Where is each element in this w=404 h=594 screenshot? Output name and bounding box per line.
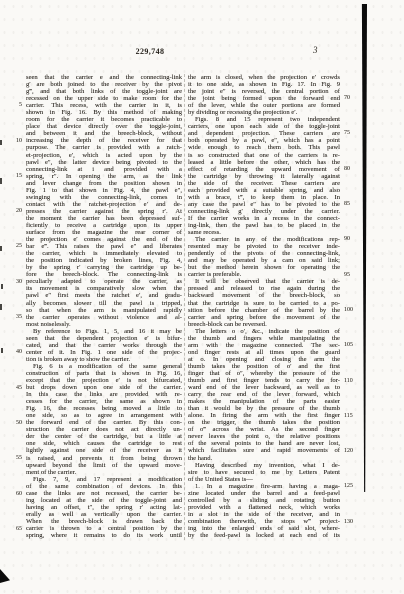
- line-number: 35: [6, 314, 22, 321]
- text-line: with a brace, t‴, to keep them in place.…: [188, 194, 340, 201]
- text-line: thumb takes the position of o′ and the f…: [188, 363, 340, 370]
- text-line: each provided with a suitable spring, an…: [188, 187, 340, 194]
- text-line: lightly against one side of the receiver…: [26, 447, 182, 454]
- patent-page: 229,748 3 5101520253035404550556065 seen…: [0, 0, 404, 594]
- text-line: by the spring r′ carrying the cartridge …: [26, 264, 182, 271]
- text-line: is so constructed that one of the carrie…: [188, 152, 340, 159]
- text-line: surface from the magazine the rear corne…: [26, 229, 182, 236]
- line-number: 75: [344, 130, 360, 137]
- left-margin-line-numbers: 5101520253035404550556065: [6, 74, 22, 544]
- line-number: 90: [344, 236, 360, 243]
- text-line: carrier is thrown to a central position …: [26, 525, 182, 532]
- text-line: by the feed-pawl is locked at each end o…: [188, 532, 340, 539]
- text-line: thumb and first finger tends to carry th…: [188, 377, 340, 384]
- text-line: provided with a flattened neck, which wo…: [188, 504, 340, 511]
- text-line: seen that the dependent projection e′ is…: [26, 335, 182, 342]
- text-line: carrier is preferable.: [188, 271, 340, 278]
- text-line: increasing the depth of the receiver for…: [26, 137, 182, 144]
- text-column-right: the arm is closed, when the projection e…: [188, 74, 340, 539]
- text-line: any case the pawl e″ has to be pivoted t…: [188, 201, 340, 208]
- line-number: 25: [6, 243, 22, 250]
- text-line: the position indicated by broken lines, …: [26, 257, 182, 264]
- line-number: 115: [344, 413, 360, 420]
- text-line: and may be operated by a cam on said lin…: [188, 257, 340, 264]
- page-number: 3: [313, 45, 318, 55]
- text-line: recessed on the upper side to make room …: [26, 95, 182, 102]
- text-line: shown in Fig. 16. By this method of maki…: [26, 109, 182, 116]
- text-line: connecting-link at i and provided with a: [26, 166, 182, 173]
- line-number: 15: [6, 173, 22, 180]
- scan-artifact-corner-wedge: [0, 569, 10, 583]
- text-line: arm with the magazine connected. The sec…: [188, 342, 340, 349]
- scan-speck: [1, 348, 3, 353]
- text-line: ward end of the lever backward, as well …: [188, 384, 340, 391]
- text-line: of the United States is—: [188, 476, 340, 483]
- line-number: 45: [6, 385, 22, 392]
- text-line: sire to have secured to me by Letters Pa…: [188, 469, 340, 476]
- line-number: 50: [6, 420, 22, 427]
- line-number: 125: [344, 483, 360, 490]
- text-line: der the center of the cartridge, but a l…: [26, 433, 182, 440]
- text-line: than it would be by the pressure of the …: [188, 405, 340, 412]
- text-line: in a slot in the side of the receiver, a…: [188, 511, 340, 518]
- text-line: fore the breech-block. The connecting-li…: [26, 271, 182, 278]
- line-number: 120: [344, 448, 360, 455]
- text-line: the carrier operates without violence an…: [26, 314, 182, 321]
- text-line: erally as well as vertically upon the ca…: [26, 511, 182, 518]
- text-line: pressed and released to rise again durin…: [188, 285, 340, 292]
- text-line: but the method herein shown for operatin…: [188, 264, 340, 271]
- text-line: pendently of the pivots of the connectin…: [188, 250, 340, 257]
- text-line: purpose. The carrier is provided with a …: [26, 144, 182, 151]
- text-line: of the several points to the hand are ne…: [188, 440, 340, 447]
- right-margin-line-numbers: 707580859095100105110115120125130: [344, 74, 360, 544]
- text-line: the side of the receiver. These carriers…: [188, 180, 340, 187]
- line-number: 100: [344, 307, 360, 314]
- text-line: ficiently to receive a cartridge upon it…: [26, 222, 182, 229]
- text-line: the projection e′ comes against the end …: [26, 236, 182, 243]
- text-line: ment of the carrier.: [26, 469, 182, 476]
- scan-artifact-edge-bar: [361, 4, 367, 492]
- text-line: When the breech-block is drawn back the: [26, 518, 182, 525]
- text-line: g‴, and that both links of the toggle-jo…: [26, 88, 182, 95]
- text-line: et-projection, e′, which is acted upon b…: [26, 152, 182, 159]
- text-line: ally becomes slower till the pawl is tri…: [26, 300, 182, 307]
- text-line: so that when the arm is manipulated rapi…: [26, 307, 182, 314]
- text-line: It will be observed that the carrier is …: [188, 278, 340, 285]
- text-line: 1. In a magazine fire-arm having a maga-: [188, 483, 340, 490]
- text-line: The letters o o′, &c., indicate the posi…: [188, 328, 340, 335]
- text-line: alone. In firing the arm with the first …: [188, 412, 340, 419]
- text-line: Fig. 16, the recesses being moved a litt…: [26, 405, 182, 412]
- column-divider: [184, 74, 185, 540]
- text-line: it to one side, as shown in Fig. 17. In …: [188, 81, 340, 88]
- text-line: carriers, one upon each side of the togg…: [188, 123, 340, 130]
- text-line: Having described my invention, what I de…: [188, 462, 340, 469]
- text-line: spring, r″. In opening the arm, as the l…: [26, 173, 182, 180]
- text-line: the joint e″ is reversed, the central po…: [188, 88, 340, 95]
- text-line: the forward end of the carrier. By this …: [26, 419, 182, 426]
- line-number: 60: [6, 491, 22, 498]
- text-line: the hand.: [188, 455, 340, 462]
- text-line: pawl e″ first meets the ratchet e′, and …: [26, 292, 182, 299]
- line-number: 105: [344, 342, 360, 349]
- text-line: the cartridge by throwing it laterally a…: [188, 173, 340, 180]
- line-number: 55: [6, 455, 22, 462]
- text-line: which facilitates sure and rapid movemen…: [188, 447, 340, 454]
- text-line: room for the carrier it becomes practica…: [26, 116, 182, 123]
- text-line: having an offset, t″, the spring r′ acti…: [26, 504, 182, 511]
- text-line: tion is broken away to show the carrier.: [26, 356, 182, 363]
- text-line: cesses for the carrier, the same as show…: [26, 398, 182, 405]
- text-line: the thumb and fingers while manipulating…: [188, 335, 340, 342]
- text-line: seen that the carrier e and the connecti…: [26, 74, 182, 81]
- text-line: By reference to Figs. 1, 5, and 16 it ma…: [26, 328, 182, 335]
- text-line: one side, which causes the cartridge to …: [26, 440, 182, 447]
- text-line: the carrier, which is immediately elevat…: [26, 250, 182, 257]
- text-line: that the cartridge is sure to be carried…: [188, 300, 340, 307]
- scan-speck: [0, 246, 2, 251]
- line-number: 40: [6, 349, 22, 356]
- text-line: pawl e″, the latter device being pivoted…: [26, 159, 182, 166]
- text-line: ing-link, then the pawl has to be placed…: [188, 222, 340, 229]
- text-line: most noiselessly.: [26, 321, 182, 328]
- line-number: 5: [6, 102, 22, 109]
- text-line: If the carrier works in a recess in the …: [188, 215, 340, 222]
- text-line: Figs. 8 and 15 represent two independent: [188, 116, 340, 123]
- text-line: ing located at the side of the toggle-jo…: [26, 497, 182, 504]
- text-line: ond finger rests at all times upon the g…: [188, 349, 340, 356]
- line-number: 65: [6, 526, 22, 533]
- text-line: backward movement of the breech-block, s…: [188, 292, 340, 299]
- text-line: struction the carrier does not act direc…: [26, 426, 182, 433]
- text-line: same recess.: [188, 229, 340, 236]
- text-line: leased a little before the other, which …: [188, 159, 340, 166]
- text-line: one side, so as to agree in arrangement …: [26, 412, 182, 419]
- scan-speck: [0, 140, 2, 145]
- text-line: upward beyond the limit of the upward mo…: [26, 462, 182, 469]
- text-line: In this case the links are provided with…: [26, 391, 182, 398]
- text-line: on the trigger, the thumb takes the posi…: [188, 419, 340, 426]
- text-line: breech-block can be reversed.: [188, 321, 340, 328]
- scan-speck: [1, 284, 3, 289]
- text-line: effect of retarding the upward movement …: [188, 166, 340, 173]
- line-number: 70: [344, 95, 360, 102]
- text-line: combination therewith, the stops w‴ proj…: [188, 518, 340, 525]
- text-line: wide enough to reach them both. This paw…: [188, 144, 340, 151]
- text-column-left: seen that the carrier e and the connecti…: [26, 74, 182, 539]
- text-line: zine located under the barrel and a feed…: [188, 490, 340, 497]
- text-line: connecting-link g′ directly under the ca…: [188, 208, 340, 215]
- text-line: cated, and that the carrier works throug…: [26, 342, 182, 349]
- text-line: the moment the carrier has been depresse…: [26, 215, 182, 222]
- text-line: sition before the chamber of the barrel …: [188, 307, 340, 314]
- text-line: Figs. 7, 9, and 17 represent a modificat…: [26, 476, 182, 483]
- text-line: except that the projection e′ is not bif…: [26, 377, 182, 384]
- text-line: and lever change from the position shown…: [26, 180, 182, 187]
- text-line: of the lever, while the outer portions a…: [188, 102, 340, 109]
- text-line: peculiarly adapted to operate the carrie…: [26, 278, 182, 285]
- text-line: bar e‴. This raises the pawl e″ and libe…: [26, 243, 182, 250]
- line-number: 10: [6, 138, 22, 145]
- text-line: carrier. This recess, with the carrier i…: [26, 102, 182, 109]
- line-number: 80: [344, 166, 360, 173]
- text-line: presses the carrier against the spring r…: [26, 208, 182, 215]
- text-line: place that device directly over the togg…: [26, 123, 182, 130]
- text-line: the joint being formed upon the forward …: [188, 95, 340, 102]
- document-number: 229,748: [104, 47, 196, 56]
- line-number: 110: [344, 378, 360, 385]
- text-line: contact with the ratchet-projection e′ a…: [26, 201, 182, 208]
- text-line: carry the rear end of the lever forward,…: [188, 391, 340, 398]
- text-line: spring, where it remains to do its work …: [26, 532, 182, 539]
- text-line: and between it and the breech-block, wit…: [26, 130, 182, 137]
- text-line: of the same combination of devices. In t…: [26, 483, 182, 490]
- scan-speck: [0, 304, 2, 310]
- text-line: both operated by a pawl, e″, which has a…: [188, 137, 340, 144]
- text-line: Fig. 6 is a modification of the same gen…: [26, 363, 182, 370]
- line-number: 130: [344, 519, 360, 526]
- text-line: swinging with the connecting-link, comes…: [26, 194, 182, 201]
- text-line: makes the manipulation of the parts easi…: [188, 398, 340, 405]
- text-line: center of it. In Fig. 1 one side of the …: [26, 349, 182, 356]
- text-line: is raised, and prevents it from being th…: [26, 455, 182, 462]
- text-line: but drops down upon one side of the carr…: [26, 384, 182, 391]
- line-number: 85: [344, 201, 360, 208]
- text-line: The carrier in any of the modifications …: [188, 236, 340, 243]
- text-line: never leaves the point o, the relative p…: [188, 433, 340, 440]
- text-line: carrier and spring before the movement o…: [188, 314, 340, 321]
- text-line: case the links are not recessed, the car…: [26, 490, 182, 497]
- scan-speck: [0, 178, 2, 184]
- text-line: Fig. 1 to that shown in Fig. 4, the pawl…: [26, 187, 182, 194]
- line-number: 20: [6, 208, 22, 215]
- text-line: and dependent projection. These carriers…: [188, 130, 340, 137]
- text-line: construction of parts that is shown in F…: [26, 370, 182, 377]
- text-line: resented may be pivoted to the receiver …: [188, 243, 340, 250]
- text-line: controlled by a sliding and rotating but…: [188, 497, 340, 504]
- text-line: its movement is comparatively slow when …: [26, 285, 182, 292]
- text-line: finger that of o″, whereby the pressure …: [188, 370, 340, 377]
- text-line: ing into the enlarged ends of said slot,…: [188, 525, 340, 532]
- text-line: the arm is closed, when the projection e…: [188, 74, 340, 81]
- line-number: 30: [6, 279, 22, 286]
- text-line: by dividing or recessing the projection …: [188, 109, 340, 116]
- text-line: g′ are both joined to the receiver by th…: [26, 81, 182, 88]
- text-line: at o. In opening and closing the arm the: [188, 356, 340, 363]
- line-number: 95: [344, 272, 360, 279]
- text-line: of o‴ across the wrist. As the second fi…: [188, 426, 340, 433]
